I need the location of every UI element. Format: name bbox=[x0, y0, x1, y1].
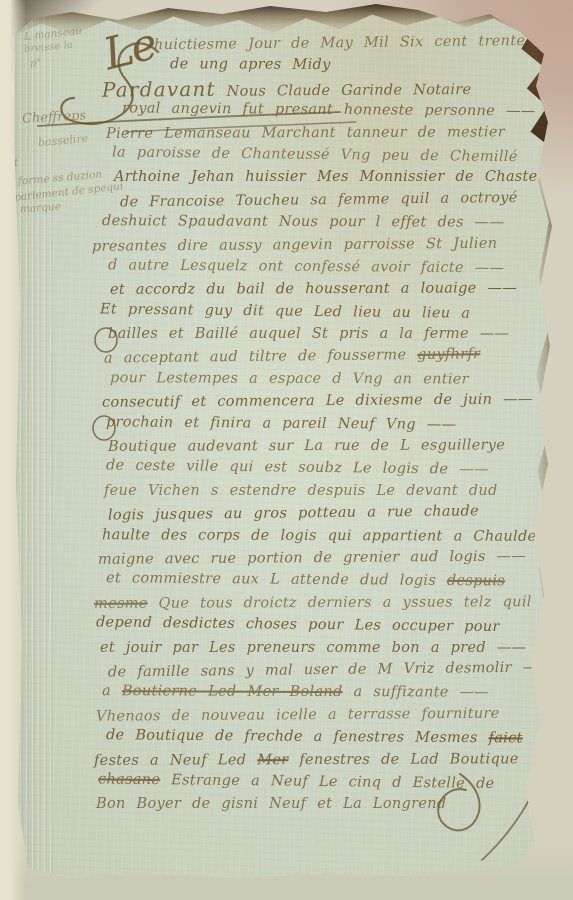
handwritten-text: Bon Boyer de gisni Neuf et La Longrend bbox=[96, 796, 446, 812]
handwritten-text: d autre Lesquelz ont confessé avoir faic… bbox=[108, 257, 504, 276]
margin-note: marque bbox=[20, 201, 62, 216]
struck-text: Mer bbox=[257, 752, 288, 768]
handwritten-text: feue Vichen s estendre despuis Le devant… bbox=[104, 483, 498, 499]
manuscript-line: et commiestre aux L attende dud logis de… bbox=[106, 568, 550, 594]
handwritten-text: a suffizante —— bbox=[343, 684, 490, 701]
handwritten-text: deshuict Spaudavant Nous pour l effet de… bbox=[102, 213, 504, 231]
handwritten-text: haulte des corps de logis qui appartient… bbox=[102, 527, 537, 545]
manuscript-page: Le huictiesme Jour de May Mil Six cent t… bbox=[8, 2, 560, 886]
handwritten-text: Vhenaos de nouveau icelle a terrasse fou… bbox=[96, 705, 500, 724]
handwritten-text: et commiestre aux L attende dud logis bbox=[106, 571, 447, 590]
handwritten-text: Arthoine Jehan huissier Mes Monnissier d… bbox=[114, 169, 550, 185]
manuscript-line: consecutif et commencera Le dixiesme de … bbox=[102, 389, 550, 415]
margin-note: basselire bbox=[38, 132, 89, 149]
manuscript-line: pour Lestempes a espace d Vng an entier bbox=[110, 367, 550, 391]
struck-text: faict bbox=[488, 730, 522, 746]
manuscript-line: de ung apres Midy bbox=[170, 54, 550, 78]
manuscript-line: haulte des corps de logis qui appartient… bbox=[102, 524, 550, 548]
manuscript-line: a acceptant aud tiltre de fousserme guyf… bbox=[104, 343, 550, 371]
struck-text: despuis bbox=[447, 573, 505, 589]
struck-text: chasane bbox=[98, 771, 160, 788]
handwritten-text: presantes dire aussy angevin parroisse S… bbox=[92, 235, 497, 254]
margin-note: Cheffreps bbox=[22, 108, 87, 126]
handwritten-text: logis jusques au gros potteau a rue chau… bbox=[108, 503, 479, 523]
struck-text: mesme bbox=[94, 595, 148, 611]
handwritten-text: et jouir par Les preneurs comme bon a pr… bbox=[100, 640, 526, 656]
manuscript-line: deshuict Spaudavant Nous pour l effet de… bbox=[102, 210, 550, 234]
manuscript-line: de ceste ville qui est soubz Le logis de… bbox=[106, 455, 550, 483]
handwritten-text: festes a Neuf Led bbox=[94, 752, 257, 769]
handwritten-text: de Boutique de frechde a fenestres Mesme… bbox=[106, 727, 489, 746]
handwritten-text: royal angevin fut presant honneste perso… bbox=[122, 101, 536, 120]
manuscript-line: a Boutierne Led Mer Boland a suffizante … bbox=[102, 680, 550, 704]
handwritten-text: de ceste ville qui est soubz Le logis de… bbox=[106, 458, 489, 478]
manuscript-line: Arthoine Jehan huissier Mes Monnissier d… bbox=[114, 166, 550, 188]
margin-note: L manseau bbox=[24, 25, 83, 43]
handwritten-text: de ung apres Midy bbox=[170, 57, 331, 74]
manuscript-line: Bon Boyer de gisni Neuf et La Longrend bbox=[96, 793, 550, 815]
handwritten-text: a bbox=[102, 683, 122, 699]
margin-note: tt bbox=[10, 158, 18, 169]
manuscript-line: prochain et finira a pareil Neuf Vng —— bbox=[106, 411, 550, 437]
manuscript-line: chasane Estrange a Neuf Le cinq d Estell… bbox=[98, 768, 550, 796]
handwritten-text: Boutique audevant sur La rue de L esguil… bbox=[108, 437, 505, 455]
handwritten-text: consecutif et commencera Le dixiesme de … bbox=[102, 392, 533, 411]
handwritten-text: Estrange a Neuf Le cinq d Estelle de bbox=[160, 772, 494, 792]
handwritten-text: la paroisse de Chanteussé Vng peu de Che… bbox=[112, 144, 518, 165]
handwritten-text: de Francoise Toucheu sa femme quil a oct… bbox=[120, 190, 518, 211]
manuscript-line: et accordz du bail de housserant a louai… bbox=[110, 277, 550, 301]
under-leaf-edge bbox=[542, 702, 554, 858]
handwritten-text: et accordz du bail de housserant a louai… bbox=[110, 281, 517, 299]
manuscript-line: d autre Lesquelz ont confessé avoir faic… bbox=[108, 254, 550, 280]
handwritten-text: fenestres de Lad Boutique bbox=[288, 751, 518, 768]
manuscript-line: depend desdictes choses pour Les occuper… bbox=[96, 612, 550, 640]
handwritten-text: de famille sans y mal user de M Vriz des… bbox=[108, 659, 550, 680]
struck-text: guyfhrfr bbox=[417, 347, 480, 364]
handwritten-text: maigne avec rue portion de grenier aud l… bbox=[98, 548, 526, 567]
manuscript-line: Et pressant guy dit que Led lieu au lieu… bbox=[100, 298, 550, 326]
bottom-deckle-edge bbox=[14, 872, 550, 882]
handwritten-text: pour Lestempes a espace d Vng an entier bbox=[110, 370, 469, 387]
manuscript-line: et jouir par Les preneurs comme bon a pr… bbox=[100, 637, 550, 659]
struck-text: Boutierne Led Mer Boland bbox=[122, 684, 343, 701]
manuscript-lines: huictiesme Jour de May Mil Six cent tren… bbox=[92, 32, 550, 816]
handwritten-text: Et pressant guy dit que Led lieu au lieu… bbox=[100, 301, 470, 321]
margin-note: p° bbox=[30, 58, 42, 70]
handwritten-text: Pierre Lemanseau Marchant tanneur de mes… bbox=[106, 124, 505, 142]
manuscript-line: bailles et Baillé auquel St pris a la fe… bbox=[108, 323, 550, 345]
handwritten-text: huictiesme Jour de May Mil Six cent tren… bbox=[154, 33, 550, 54]
handwritten-text: prochain et finira a pareil Neuf Vng —— bbox=[106, 414, 457, 433]
manuscript-line: royal angevin fut presant honneste perso… bbox=[122, 98, 550, 124]
photo-background: Le huictiesme Jour de May Mil Six cent t… bbox=[0, 0, 573, 900]
manuscript-line: la paroisse de Chanteussé Vng peu de Che… bbox=[112, 141, 550, 168]
manuscript-line: de Boutique de frechde a fenestres Mesme… bbox=[106, 724, 550, 750]
handwritten-text: depend desdictes choses pour Les occuper… bbox=[96, 615, 500, 636]
manuscript-line: logis jusques au gros potteau a rue chau… bbox=[108, 500, 550, 527]
handwritten-text: Nous Claude Garinde Notaire bbox=[216, 82, 472, 100]
handwritten-text: bailles et Baillé auquel St pris a la fe… bbox=[108, 326, 509, 342]
handwritten-text: a acceptant aud tiltre de fousserme bbox=[104, 347, 417, 367]
manuscript-line: feue Vichen s estendre despuis Le devant… bbox=[104, 480, 550, 502]
handwritten-text: Que tous droictz derniers a yssues telz … bbox=[148, 594, 532, 611]
